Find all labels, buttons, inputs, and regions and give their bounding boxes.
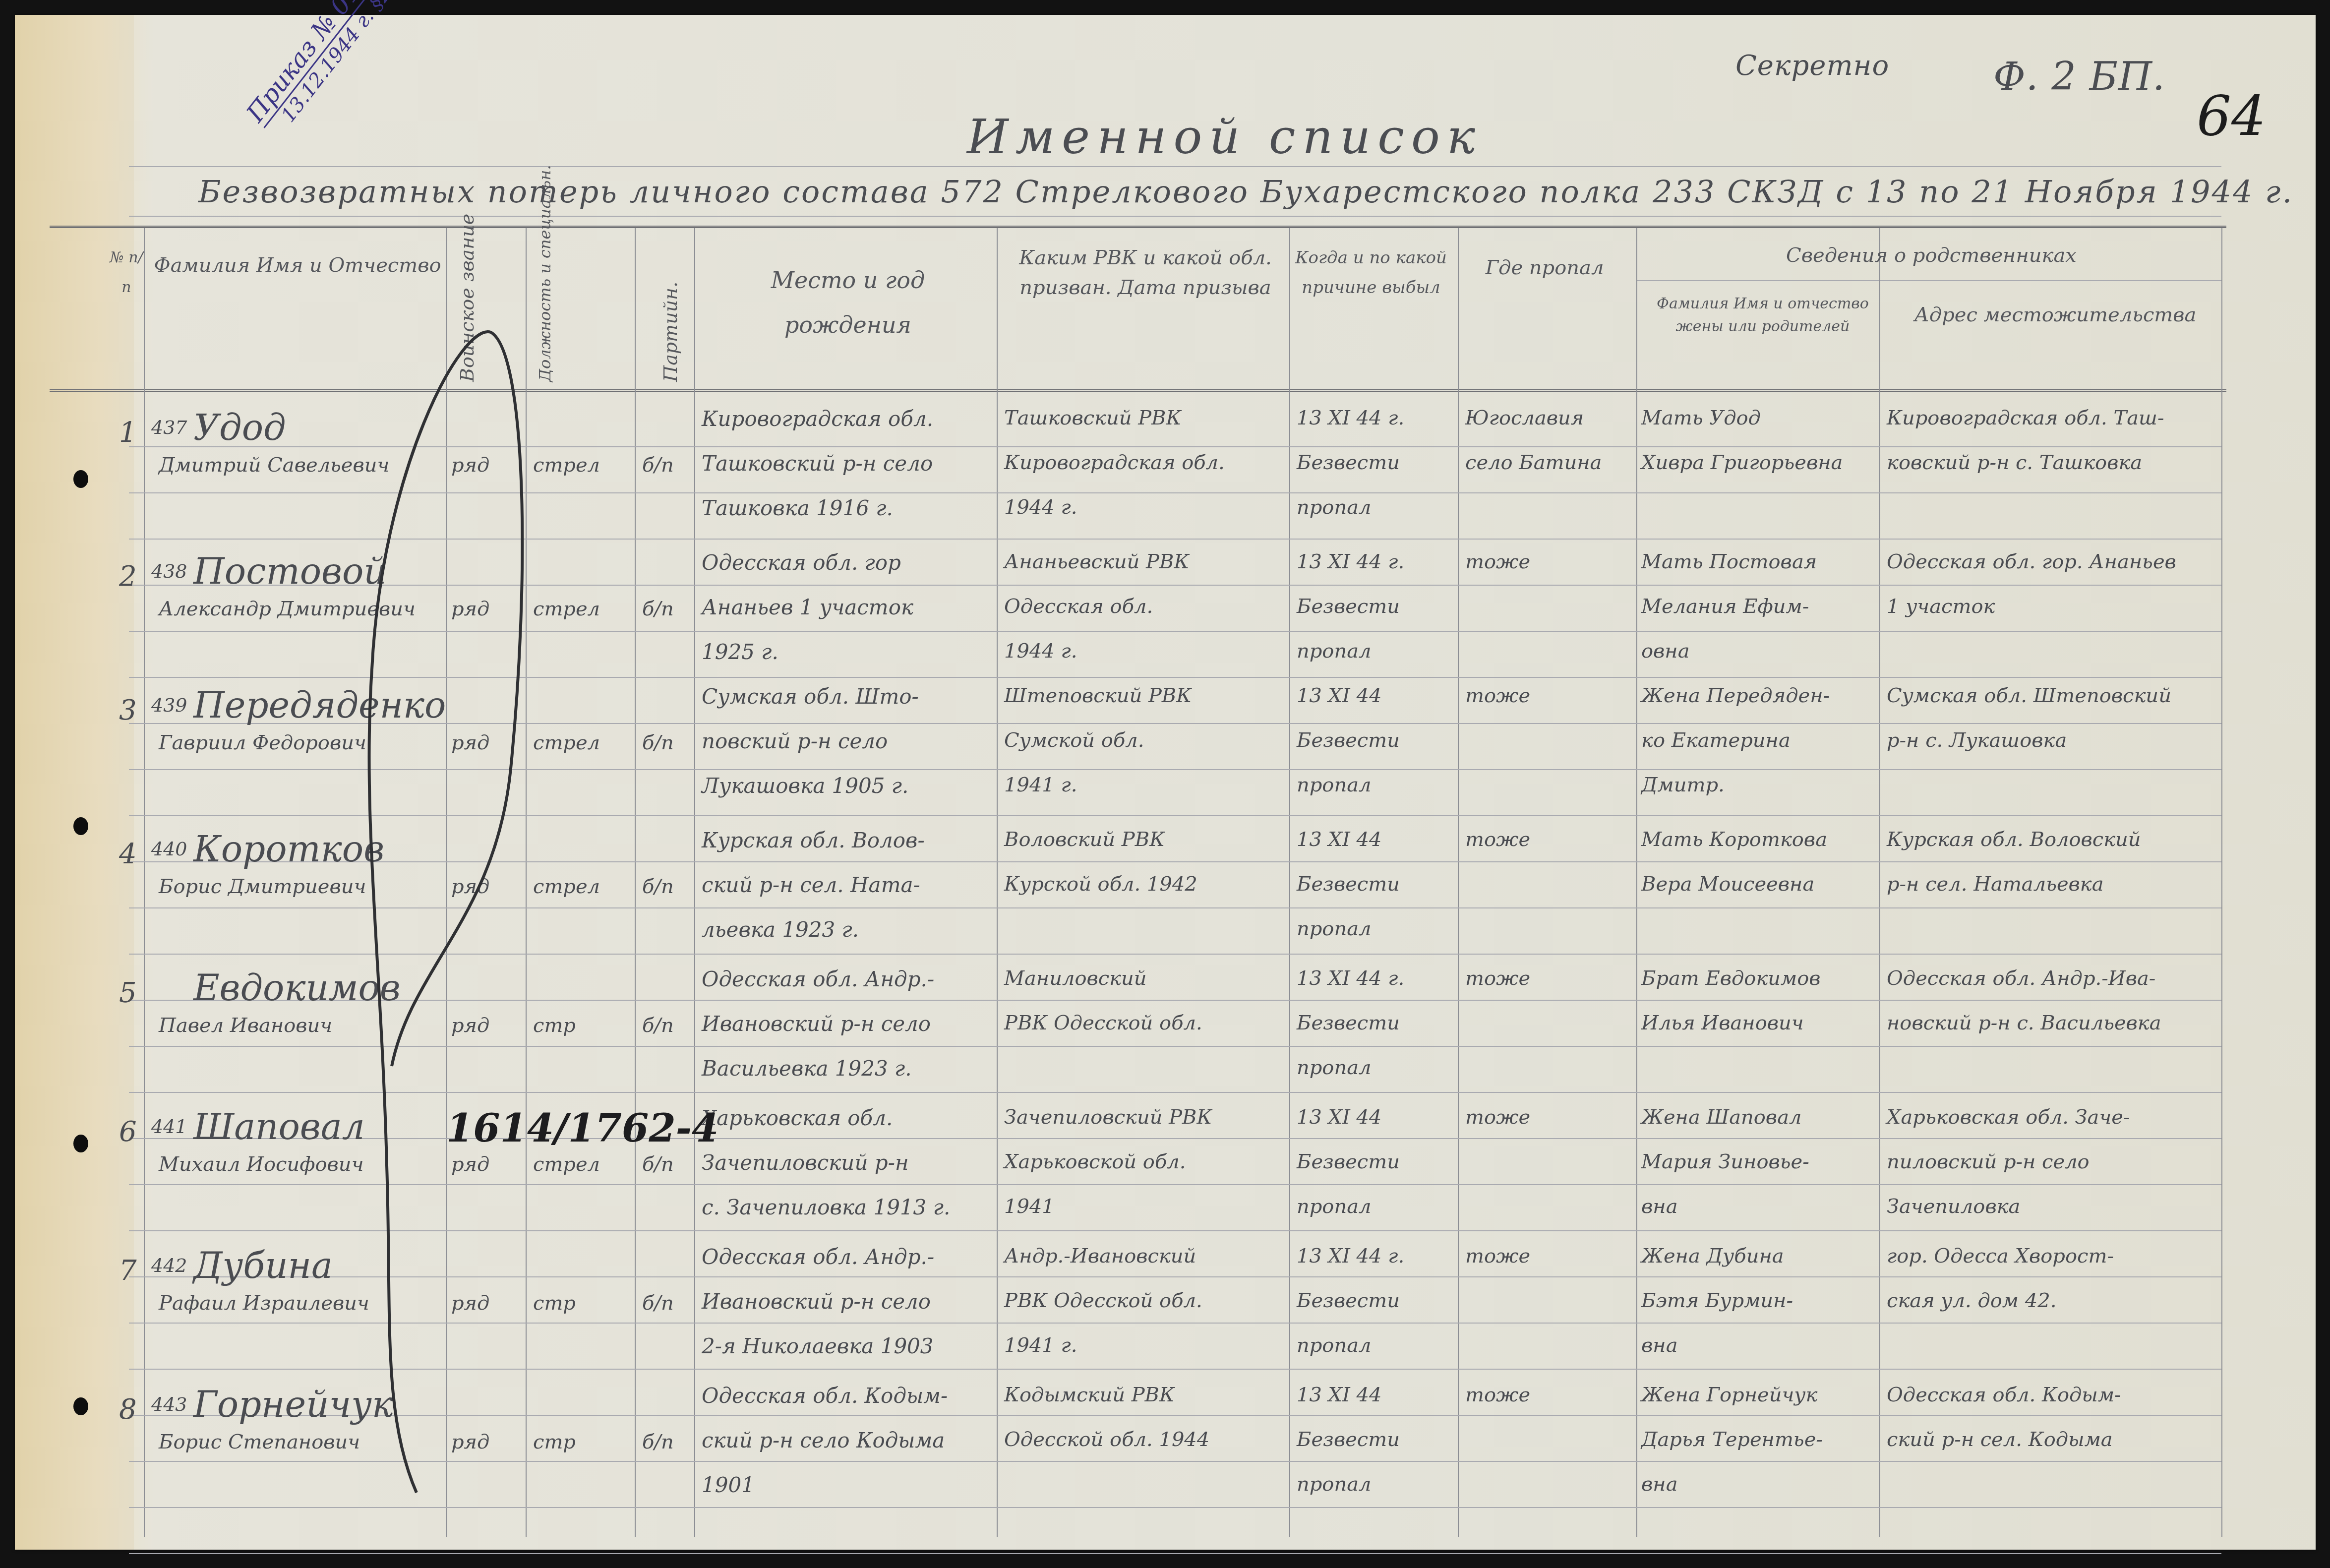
draft-office-line: Кодымский РВК bbox=[1004, 1384, 1175, 1406]
relative-name-line: Дарья Терентье- bbox=[1641, 1428, 1823, 1451]
ruled-line bbox=[129, 1461, 2221, 1462]
draft-office-line: РВК Одесской обл. bbox=[1004, 1289, 1202, 1312]
column-divider bbox=[1879, 228, 1880, 1537]
soldier-rank: ряд bbox=[451, 1014, 489, 1037]
relative-name-line: Жена Шаповал bbox=[1641, 1106, 1801, 1129]
relative-name-line: вна bbox=[1641, 1195, 1677, 1218]
header-birth: Место и год рождения bbox=[709, 258, 987, 347]
relative-address-line: новский р-н с. Васильевка bbox=[1887, 1012, 2161, 1034]
birth-place-line: Васильевка 1923 г. bbox=[702, 1056, 912, 1081]
draft-office-line: Штеповский РВК bbox=[1004, 684, 1192, 707]
draft-office-line: Ананьевский РВК bbox=[1004, 550, 1189, 573]
header-when: Когда и по какой причине выбыл bbox=[1289, 243, 1453, 302]
soldier-position: стр bbox=[533, 1431, 576, 1453]
soldier-rank: ряд bbox=[451, 875, 489, 898]
header-party: Партийн. bbox=[659, 282, 681, 382]
birth-place-line: Одесская обл. Андр.- bbox=[702, 967, 934, 991]
relative-address-line: гор. Одесса Хворост- bbox=[1887, 1245, 2114, 1267]
ruled-line bbox=[129, 677, 2221, 678]
ruled-line bbox=[129, 769, 2221, 770]
relative-name-line: Брат Евдокимов bbox=[1641, 967, 1821, 990]
loss-place-line: Югославия bbox=[1465, 407, 1584, 429]
loss-date-line: Безвести bbox=[1297, 1289, 1400, 1312]
loss-place-line: тоже bbox=[1465, 967, 1530, 990]
row-record-id: 441 bbox=[151, 1116, 187, 1138]
birth-place-line: ский р-н сел. Ната- bbox=[702, 873, 920, 897]
header-where: Где пропал bbox=[1463, 253, 1626, 283]
loss-date-line: 13 XI 44 bbox=[1297, 684, 1382, 707]
relative-name-line: Дмитр. bbox=[1641, 774, 1725, 796]
soldier-party: б/п bbox=[642, 875, 674, 898]
ruled-line bbox=[129, 1230, 2221, 1231]
table-top-border bbox=[50, 226, 2226, 231]
soldier-rank: ряд bbox=[451, 454, 489, 477]
loss-place-line: тоже bbox=[1465, 550, 1530, 573]
loss-place-line: тоже bbox=[1465, 828, 1530, 851]
row-record-id: 442 bbox=[151, 1255, 187, 1276]
relative-address-line: 1 участок bbox=[1887, 595, 1995, 618]
loss-date-line: Безвести bbox=[1297, 1150, 1400, 1173]
row6-ink-annotation: 1614/1762-4 bbox=[446, 1106, 718, 1151]
header-rvk: Каким РВК и какой обл. призван. Дата при… bbox=[1007, 243, 1284, 302]
draft-office-line: 1941 г. bbox=[1004, 1334, 1077, 1357]
soldier-party: б/п bbox=[642, 598, 674, 620]
birth-place-line: Курская обл. Волов- bbox=[702, 828, 925, 852]
relative-name-line: ко Екатерина bbox=[1641, 729, 1791, 752]
draft-office-line: Харьковской обл. bbox=[1004, 1150, 1186, 1173]
draft-office-line: Ташковский РВК bbox=[1004, 407, 1181, 429]
loss-date-line: 13 XI 44 г. bbox=[1297, 1245, 1404, 1267]
birth-place-line: 2-я Николаевка 1903 bbox=[702, 1334, 934, 1358]
birth-place-line: Ташковский р-н село bbox=[702, 451, 933, 476]
birth-place-line: Харьковская обл. bbox=[702, 1106, 893, 1130]
relative-name-line: Вера Моисеевна bbox=[1641, 873, 1814, 896]
relative-name-line: Жена Горнейчук bbox=[1641, 1384, 1817, 1406]
birth-place-line: с. Зачепиловка 1913 г. bbox=[702, 1195, 950, 1219]
row-record-id: 443 bbox=[151, 1393, 187, 1415]
relative-name-line: Жена Дубина bbox=[1641, 1245, 1784, 1267]
ruled-line bbox=[129, 446, 2221, 447]
loss-date-line: пропал bbox=[1297, 1334, 1372, 1357]
birth-place-line: 1901 bbox=[702, 1473, 755, 1497]
ruled-line bbox=[129, 954, 2221, 955]
draft-office-line: Курской обл. 1942 bbox=[1004, 873, 1197, 896]
ruled-line bbox=[129, 1046, 2221, 1047]
relative-name-line: Мать Постовая bbox=[1641, 550, 1817, 573]
header-name: Фамилия Имя и Отчество bbox=[154, 243, 441, 288]
relative-address-line: Сумская обл. Штеповский bbox=[1887, 684, 2171, 707]
loss-date-line: Безвести bbox=[1297, 1012, 1400, 1034]
column-divider bbox=[144, 228, 145, 1537]
draft-office-line: Кировоградская обл. bbox=[1004, 451, 1225, 474]
loss-place-line: тоже bbox=[1465, 1245, 1530, 1267]
soldier-surname: Шаповал bbox=[193, 1106, 364, 1147]
loss-date-line: пропал bbox=[1297, 1056, 1372, 1079]
header-position: Должность и специальн. bbox=[536, 165, 554, 382]
relative-address-line: р-н с. Лукашовка bbox=[1887, 729, 2067, 752]
loss-date-line: 13 XI 44 bbox=[1297, 828, 1382, 851]
relative-name-line: вна bbox=[1641, 1334, 1677, 1357]
draft-office-line: 1944 г. bbox=[1004, 496, 1077, 519]
soldier-surname: Передяденко bbox=[193, 684, 446, 726]
draft-office-line: Одесской обл. 1944 bbox=[1004, 1428, 1209, 1451]
birth-place-line: Сумская обл. Што- bbox=[702, 684, 919, 709]
loss-place-line: тоже bbox=[1465, 1106, 1530, 1129]
header-relative-name: Фамилия Имя и отчество жены или родителе… bbox=[1646, 293, 1879, 338]
loss-date-line: пропал bbox=[1297, 774, 1372, 796]
ruled-line bbox=[129, 585, 2221, 586]
birth-place-line: Кировоградская обл. bbox=[702, 407, 933, 431]
order-stamp: Приказ № 0103 13.12.1944 г. §2. bbox=[241, 0, 405, 142]
loss-date-line: Безвести bbox=[1297, 451, 1400, 474]
ruled-line bbox=[129, 1000, 2221, 1001]
birth-place-line: Одесская обл. Кодым- bbox=[702, 1384, 948, 1408]
relative-name-line: Мать Удод bbox=[1641, 407, 1761, 429]
soldier-position: стр bbox=[533, 1292, 576, 1315]
rule bbox=[129, 216, 2221, 217]
loss-date-line: Безвести bbox=[1297, 873, 1400, 896]
column-divider bbox=[2221, 228, 2222, 1537]
document-title: Именной список bbox=[967, 109, 1482, 165]
soldier-rank: ряд bbox=[451, 598, 489, 620]
draft-office-line: 1941 bbox=[1004, 1195, 1055, 1218]
classification-label: Секретно bbox=[1735, 50, 1889, 82]
birth-place-line: Ташковка 1916 г. bbox=[702, 496, 893, 520]
draft-office-line: 1944 г. bbox=[1004, 640, 1077, 663]
soldier-given-name: Павел Иванович bbox=[159, 1014, 332, 1037]
document-page: Приказ № 0103 13.12.1944 г. §2. Секретно… bbox=[15, 15, 2316, 1550]
soldier-given-name: Гавриил Федорович bbox=[159, 731, 366, 754]
relative-name-line: Мать Короткова bbox=[1641, 828, 1827, 851]
loss-date-line: 13 XI 44 г. bbox=[1297, 550, 1404, 573]
punch-hole bbox=[73, 1397, 88, 1415]
header-rank: Воинское звание bbox=[456, 214, 478, 382]
birth-place-line: Зачепиловский р-н bbox=[702, 1150, 909, 1175]
soldier-party: б/п bbox=[642, 1292, 674, 1315]
soldier-rank: ряд bbox=[451, 1292, 489, 1315]
column-divider bbox=[1289, 228, 1290, 1537]
soldier-position: стрел bbox=[533, 731, 600, 754]
birth-place-line: ский р-н село Кодыма bbox=[702, 1428, 945, 1452]
birth-place-line: Лукашовка 1905 г. bbox=[702, 774, 908, 798]
birth-place-line: Ивановский р-н село bbox=[702, 1012, 931, 1036]
soldier-surname: Горнейчук bbox=[193, 1384, 393, 1425]
header-num: № п/п bbox=[109, 243, 144, 302]
relatives-subheader-rule bbox=[1636, 280, 2221, 281]
column-divider bbox=[1458, 228, 1459, 1537]
column-divider bbox=[526, 228, 527, 1537]
ruled-line bbox=[129, 907, 2221, 908]
relative-name-line: Илья Иванович bbox=[1641, 1012, 1804, 1034]
column-divider bbox=[1636, 228, 1637, 1537]
row-number: 4 bbox=[119, 838, 137, 870]
birth-place-line: повский р-н село bbox=[702, 729, 888, 753]
ruled-line bbox=[129, 861, 2221, 862]
soldier-surname: Постовой bbox=[193, 550, 387, 592]
punch-hole bbox=[73, 817, 88, 835]
ruled-line bbox=[129, 1507, 2221, 1508]
row-number: 1 bbox=[119, 417, 137, 449]
birth-place-line: Ивановский р-н село bbox=[702, 1289, 931, 1314]
relative-address-line: Одесская обл. Кодым- bbox=[1887, 1384, 2121, 1406]
relative-address-line: ковский р-н с. Ташковка bbox=[1887, 451, 2142, 474]
loss-date-line: пропал bbox=[1297, 640, 1372, 663]
birth-place-line: Ананьев 1 участок bbox=[702, 595, 913, 619]
soldier-surname: Евдокимов bbox=[193, 967, 401, 1009]
row-number: 5 bbox=[119, 977, 137, 1009]
pencil-bracket-mark bbox=[362, 322, 540, 1512]
relative-address-line: Одесская обл. гор. Ананьев bbox=[1887, 550, 2176, 573]
column-divider bbox=[635, 228, 636, 1537]
column-divider bbox=[997, 228, 998, 1537]
loss-date-line: 13 XI 44 bbox=[1297, 1106, 1382, 1129]
row-record-id: 440 bbox=[151, 838, 187, 860]
soldier-surname: Удод bbox=[193, 407, 286, 448]
header-relatives: Сведения о родственниках bbox=[1646, 241, 2216, 270]
soldier-given-name: Борис Степанович bbox=[159, 1431, 360, 1453]
ruled-line bbox=[129, 815, 2221, 816]
soldier-surname: Дубина bbox=[193, 1245, 333, 1286]
ruled-line bbox=[129, 1276, 2221, 1277]
draft-office-line: РВК Одесской обл. bbox=[1004, 1012, 1202, 1034]
soldier-given-name: Борис Дмитриевич bbox=[159, 875, 366, 898]
page-number: 64 bbox=[2197, 84, 2266, 148]
soldier-position: стр bbox=[533, 1014, 576, 1037]
ruled-line bbox=[129, 1092, 2221, 1093]
soldier-party: б/п bbox=[642, 1431, 674, 1453]
header-bottom-border bbox=[50, 389, 2226, 395]
relative-address-line: пиловский р-н село bbox=[1887, 1150, 2090, 1173]
row-number: 3 bbox=[119, 694, 137, 726]
column-divider bbox=[446, 228, 447, 1537]
soldier-surname: Коротков bbox=[193, 828, 384, 870]
draft-office-line: Зачепиловский РВК bbox=[1004, 1106, 1212, 1129]
soldier-party: б/п bbox=[642, 1014, 674, 1037]
header-relative-address: Адрес местожительства bbox=[1894, 298, 2216, 332]
soldier-position: стрел bbox=[533, 875, 600, 898]
relative-address-line: ская ул. дом 42. bbox=[1887, 1289, 2056, 1312]
soldier-rank: ряд bbox=[451, 1153, 489, 1176]
soldier-position: стрел bbox=[533, 598, 600, 620]
birth-place-line: 1925 г. bbox=[702, 640, 778, 664]
relative-name-line: вна bbox=[1641, 1473, 1677, 1496]
soldier-position: стрел bbox=[533, 1153, 600, 1176]
row-number: 8 bbox=[119, 1393, 137, 1426]
column-divider bbox=[694, 228, 695, 1537]
loss-date-line: Безвести bbox=[1297, 595, 1400, 618]
rule bbox=[129, 166, 2221, 167]
birth-place-line: Одесская обл. гор bbox=[702, 550, 901, 575]
draft-office-line: Маниловский bbox=[1004, 967, 1147, 990]
loss-date-line: Безвести bbox=[1297, 1428, 1400, 1451]
loss-date-line: пропал bbox=[1297, 917, 1372, 940]
loss-date-line: Безвести bbox=[1297, 729, 1400, 752]
soldier-party: б/п bbox=[642, 454, 674, 477]
loss-date-line: 13 XI 44 bbox=[1297, 1384, 1382, 1406]
ruled-line bbox=[129, 631, 2221, 632]
relative-name-line: Хивра Григорьевна bbox=[1641, 451, 1843, 474]
draft-office-line: Воловский РВК bbox=[1004, 828, 1165, 851]
row-record-id: 438 bbox=[151, 560, 187, 582]
row-number: 6 bbox=[119, 1116, 137, 1148]
punch-hole bbox=[73, 1135, 88, 1152]
ruled-line bbox=[129, 539, 2221, 540]
loss-date-line: пропал bbox=[1297, 1473, 1372, 1496]
loss-place-line: тоже bbox=[1465, 1384, 1530, 1406]
form-code: Ф. 2 БП. bbox=[1993, 55, 2165, 99]
ruled-line bbox=[129, 1369, 2221, 1370]
soldier-party: б/п bbox=[642, 1153, 674, 1176]
draft-office-line: 1941 г. bbox=[1004, 774, 1077, 796]
ruled-line bbox=[129, 1415, 2221, 1416]
soldier-given-name: Михаил Иосифович bbox=[159, 1153, 364, 1176]
draft-office-line: Андр.-Ивановский bbox=[1004, 1245, 1196, 1267]
loss-date-line: 13 XI 44 г. bbox=[1297, 407, 1404, 429]
row-record-id: 439 bbox=[151, 694, 187, 716]
loss-date-line: 13 XI 44 г. bbox=[1297, 967, 1404, 990]
relative-name-line: овна bbox=[1641, 640, 1690, 663]
loss-place-line: тоже bbox=[1465, 684, 1530, 707]
soldier-rank: ряд bbox=[451, 731, 489, 754]
soldier-party: б/п bbox=[642, 731, 674, 754]
loss-date-line: пропал bbox=[1297, 1195, 1372, 1218]
punch-hole bbox=[73, 470, 88, 488]
relative-address-line: Одесская обл. Андр.-Ива- bbox=[1887, 967, 2155, 990]
ruled-line bbox=[129, 1553, 2221, 1554]
relative-address-line: р-н сел. Натальевка bbox=[1887, 873, 2104, 896]
loss-place-line: село Батина bbox=[1465, 451, 1602, 474]
loss-date-line: пропал bbox=[1297, 496, 1372, 519]
row-record-id: 437 bbox=[151, 417, 187, 438]
relative-name-line: Мария Зиновье- bbox=[1641, 1150, 1809, 1173]
relative-address-line: Курская обл. Воловский bbox=[1887, 828, 2141, 851]
relative-address-line: Кировоградская обл. Таш- bbox=[1887, 407, 2164, 429]
ruled-line bbox=[129, 1323, 2221, 1324]
ruled-line bbox=[129, 1138, 2221, 1139]
birth-place-line: льевка 1923 г. bbox=[702, 917, 859, 942]
row-number: 2 bbox=[119, 560, 137, 593]
relative-address-line: Зачепиловка bbox=[1887, 1195, 2020, 1218]
relative-address-line: ский р-н сел. Кодыма bbox=[1887, 1428, 2113, 1451]
document-subtitle: Безвозвратных потерь личного состава 572… bbox=[198, 174, 2293, 210]
ruled-line bbox=[129, 1184, 2221, 1185]
birth-place-line: Одесская обл. Андр.- bbox=[702, 1245, 934, 1269]
relative-name-line: Бэтя Бурмин- bbox=[1641, 1289, 1793, 1312]
draft-office-line: Одесская обл. bbox=[1004, 595, 1153, 618]
row-number: 7 bbox=[119, 1255, 137, 1287]
ruled-line bbox=[129, 492, 2221, 493]
relative-name-line: Жена Передяден- bbox=[1641, 684, 1830, 707]
soldier-given-name: Дмитрий Савельевич bbox=[159, 454, 389, 477]
soldier-position: стрел bbox=[533, 454, 600, 477]
relative-name-line: Мелания Ефим- bbox=[1641, 595, 1809, 618]
draft-office-line: Сумской обл. bbox=[1004, 729, 1144, 752]
soldier-given-name: Александр Дмитриевич bbox=[159, 598, 416, 620]
soldier-given-name: Рафаил Израилевич bbox=[159, 1292, 369, 1315]
soldier-rank: ряд bbox=[451, 1431, 489, 1453]
relative-address-line: Харьковская обл. Заче- bbox=[1887, 1106, 2130, 1129]
